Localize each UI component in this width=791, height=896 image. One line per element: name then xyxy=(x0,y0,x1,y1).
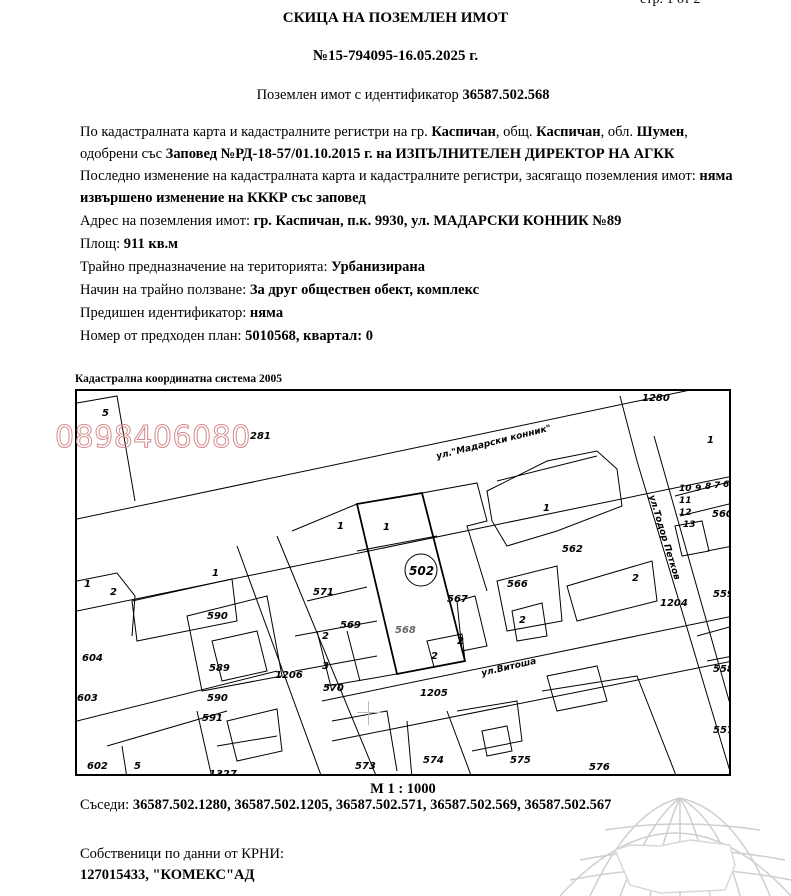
svg-text:9: 9 xyxy=(695,484,701,494)
svg-text:5: 5 xyxy=(102,408,109,419)
svg-text:590: 590 xyxy=(207,693,228,704)
svg-text:569: 569 xyxy=(340,620,361,631)
svg-text:589: 589 xyxy=(209,663,230,674)
svg-text:2: 2 xyxy=(519,615,526,626)
svg-text:560: 560 xyxy=(712,509,731,520)
coordinate-system-label: Кадастрална координатна система 2005 xyxy=(75,373,282,385)
map-scale: М 1 : 1000 xyxy=(0,781,791,798)
purpose: Трайно предназначение на територията: Ур… xyxy=(80,256,740,278)
svg-text:604: 604 xyxy=(82,653,103,664)
svg-text:1: 1 xyxy=(383,522,390,533)
parcel-identifier: Поземлен имот с идентификатор 36587.502.… xyxy=(0,87,791,104)
svg-text:11: 11 xyxy=(679,496,692,506)
identifier-value: 36587.502.568 xyxy=(462,87,549,103)
svg-text:7: 7 xyxy=(714,481,721,491)
svg-text:1: 1 xyxy=(337,521,344,532)
svg-text:570: 570 xyxy=(323,683,344,694)
svg-text:1: 1 xyxy=(543,503,550,514)
street-vitosha: ул.Витоша xyxy=(480,657,537,679)
previous-plan: Номер от предходен план: 5010568, кварта… xyxy=(80,325,740,347)
svg-text:1205: 1205 xyxy=(420,688,448,699)
svg-text:1: 1 xyxy=(707,435,714,446)
svg-text:10: 10 xyxy=(679,484,692,494)
address: Адрес на поземления имот: гр. Каспичан, … xyxy=(80,210,740,232)
svg-text:590: 590 xyxy=(207,611,228,622)
svg-text:2: 2 xyxy=(632,573,639,584)
svg-text:571: 571 xyxy=(313,587,334,598)
svg-text:2: 2 xyxy=(431,651,438,662)
owners-value: 127015433, "КОМЕКС"АД xyxy=(80,867,254,884)
svg-text:6: 6 xyxy=(723,480,729,490)
svg-text:557: 557 xyxy=(713,725,731,736)
cadastral-map[interactable]: 5 281 1280 ул."Мадарски конник" ул.Тодор… xyxy=(75,389,731,776)
svg-text:562: 562 xyxy=(562,544,583,555)
svg-text:2: 2 xyxy=(457,636,464,647)
approval-paragraph: По кадастралната карта и кадастралните р… xyxy=(80,121,740,165)
svg-text:1280: 1280 xyxy=(642,393,670,404)
svg-text:3: 3 xyxy=(322,661,329,672)
svg-text:2: 2 xyxy=(110,587,117,598)
document-number: №15-794095-16.05.2025 г. xyxy=(0,48,791,65)
svg-text:12: 12 xyxy=(679,508,692,518)
svg-text:591: 591 xyxy=(202,713,223,724)
svg-text:576: 576 xyxy=(589,762,610,773)
street-madarski-konnik: ул."Мадарски конник" xyxy=(435,424,552,462)
svg-text:2: 2 xyxy=(322,631,329,642)
svg-text:603: 603 xyxy=(77,693,98,704)
svg-text:1206: 1206 xyxy=(275,670,303,681)
street-todor-petkov: ул.Тодор Петков xyxy=(646,494,681,581)
owners-label: Собственици по данни от КРНИ: xyxy=(80,846,284,863)
svg-text:567: 567 xyxy=(447,594,468,605)
svg-text:1204: 1204 xyxy=(660,598,688,609)
svg-text:13: 13 xyxy=(683,520,696,530)
previous-identifier: Предишен идентификатор: няма xyxy=(80,302,740,324)
svg-text:1327: 1327 xyxy=(209,769,237,776)
neighbors: Съседи: 36587.502.1280, 36587.502.1205, … xyxy=(80,797,611,814)
block-number: 502 xyxy=(409,564,434,578)
last-change: Последно изменение на кадастралната карт… xyxy=(80,165,740,209)
usage: Начин на трайно ползване: За друг общест… xyxy=(80,279,740,301)
svg-text:1: 1 xyxy=(212,568,219,579)
neighbors-list: 36587.502.1280, 36587.502.1205, 36587.50… xyxy=(133,797,612,813)
svg-text:575: 575 xyxy=(510,755,531,766)
svg-text:1: 1 xyxy=(84,579,91,590)
svg-text:573: 573 xyxy=(355,761,376,772)
crosshair-cursor-icon xyxy=(357,701,381,725)
svg-text:574: 574 xyxy=(423,755,444,766)
subject-parcel-number: 568 xyxy=(395,625,416,636)
page-indicator: стр. 1 от 2 xyxy=(640,0,700,8)
svg-text:8: 8 xyxy=(705,482,711,492)
svg-text:602: 602 xyxy=(87,761,108,772)
document-title: СКИЦА НА ПОЗЕМЛЕН ИМОТ xyxy=(0,10,791,27)
svg-text:558: 558 xyxy=(713,664,731,675)
svg-text:5: 5 xyxy=(134,761,141,772)
svg-text:559: 559 xyxy=(713,589,731,600)
svg-text:281: 281 xyxy=(250,431,271,442)
cadastral-info: По кадастралната карта и кадастралните р… xyxy=(80,121,740,347)
svg-text:566: 566 xyxy=(507,579,528,590)
area: Площ: 911 кв.м xyxy=(80,233,740,255)
